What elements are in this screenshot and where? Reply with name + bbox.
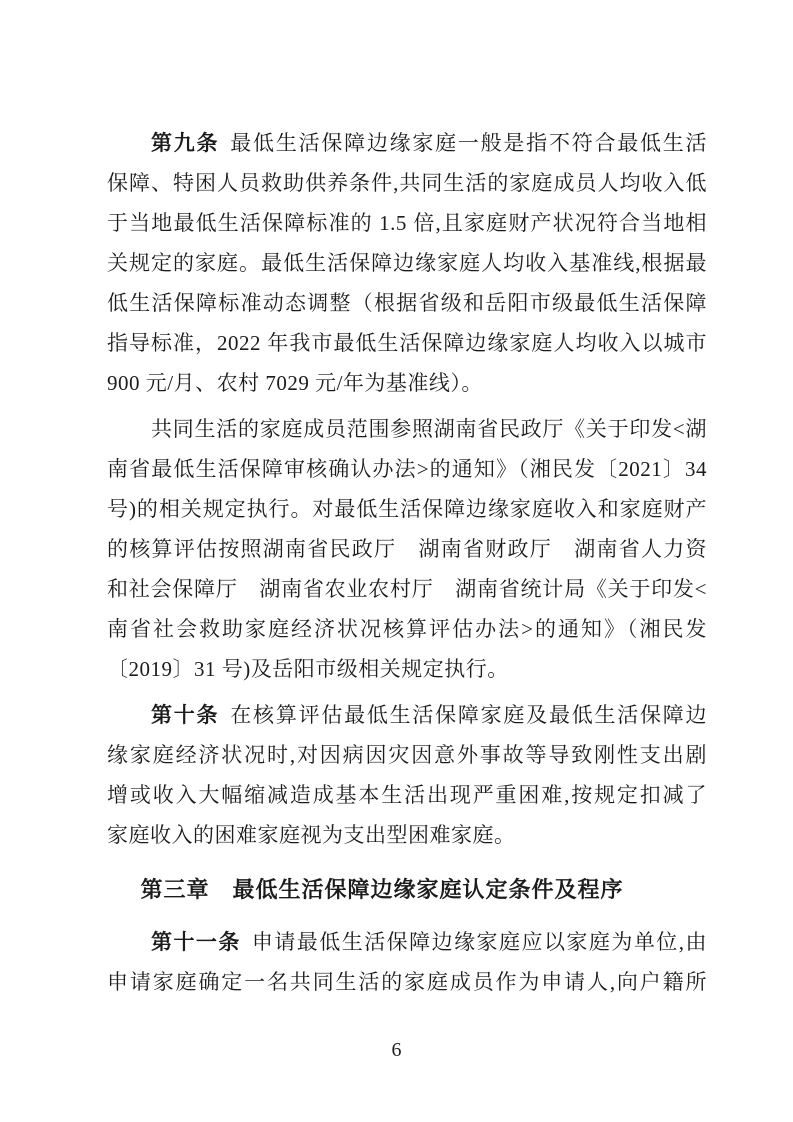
- article-term: 第九条: [151, 131, 219, 155]
- text-line: 〔2019〕31 号)及岳阳市级相关规定执行。: [107, 649, 707, 689]
- text-line: 900 元/月、农村 7029 元/年为基准线）。: [107, 363, 707, 403]
- article-term: 第十条: [151, 703, 219, 727]
- text-line: 低生活保障标准动态调整（根据省级和岳阳市级最低生活保障: [107, 283, 707, 323]
- lead-text: 申请最低生活保障边缘家庭应以家庭为单位,由: [252, 930, 707, 954]
- text-line: 关规定的家庭。最低生活保障边缘家庭人均收入基准线,根据最: [107, 243, 707, 283]
- text-line: 南省社会救助家庭经济状况核算评估办法>的通知》（湘民发: [107, 609, 707, 649]
- text-line: 第十一条申请最低生活保障边缘家庭应以家庭为单位,由: [107, 922, 707, 962]
- article-paragraph: 共同生活的家庭成员范围参照湖南省民政厅《关于印发<湖 南省最低生活保障审核确认办…: [107, 409, 707, 689]
- text-line: 缘家庭经济状况时,对因病因灾因意外事故等导致刚性支出剧: [107, 735, 707, 775]
- article-paragraph: 第十一条申请最低生活保障边缘家庭应以家庭为单位,由 申请家庭确定一名共同生活的家…: [107, 922, 707, 1002]
- text-line: 指导标准，2022 年我市最低生活保障边缘家庭人均收入以城市: [107, 323, 707, 363]
- text-line: 共同生活的家庭成员范围参照湖南省民政厅《关于印发<湖: [107, 409, 707, 449]
- text-line: 第十条在核算评估最低生活保障家庭及最低生活保障边: [107, 695, 707, 735]
- text-line: 南省最低生活保障审核确认办法>的通知》（湘民发〔2021〕34: [107, 449, 707, 489]
- text-line: 增或收入大幅缩减造成基本生活出现严重困难,按规定扣减了: [107, 775, 707, 815]
- article-term: 第十一条: [151, 930, 241, 954]
- page-number: 6: [0, 1036, 793, 1064]
- text-line: 的核算评估按照湖南省民政厅 湖南省财政厅 湖南省人力资源: [107, 529, 707, 569]
- text-line: 于当地最低生活保障标准的 1.5 倍,且家庭财产状况符合当地相: [107, 203, 707, 243]
- chapter-heading: 第三章 最低生活保障边缘家庭认定条件及程序: [107, 870, 657, 910]
- article-paragraph: 第九条最低生活保障边缘家庭一般是指不符合最低生活 保障、特困人员救助供养条件,共…: [107, 123, 707, 403]
- text-line: 保障、特困人员救助供养条件,共同生活的家庭成员人均收入低: [107, 163, 707, 203]
- text-line: 号)的相关规定执行。对最低生活保障边缘家庭收入和家庭财产: [107, 489, 707, 529]
- lead-text: 在核算评估最低生活保障家庭及最低生活保障边: [230, 703, 707, 727]
- text-line: 和社会保障厅 湖南省农业农村厅 湖南省统计局《关于印发<湖: [107, 569, 707, 609]
- text-line: 第九条最低生活保障边缘家庭一般是指不符合最低生活: [107, 123, 707, 163]
- article-paragraph: 第十条在核算评估最低生活保障家庭及最低生活保障边 缘家庭经济状况时,对因病因灾因…: [107, 695, 707, 855]
- document-page: 第九条最低生活保障边缘家庭一般是指不符合最低生活 保障、特困人员救助供养条件,共…: [0, 0, 793, 1122]
- text-line: 家庭收入的困难家庭视为支出型困难家庭。: [107, 815, 707, 855]
- lead-text: 最低生活保障边缘家庭一般是指不符合最低生活: [230, 131, 707, 155]
- document-body: 第九条最低生活保障边缘家庭一般是指不符合最低生活 保障、特困人员救助供养条件,共…: [107, 123, 707, 1008]
- text-line: 申请家庭确定一名共同生活的家庭成员作为申请人,向户籍所: [107, 962, 707, 1002]
